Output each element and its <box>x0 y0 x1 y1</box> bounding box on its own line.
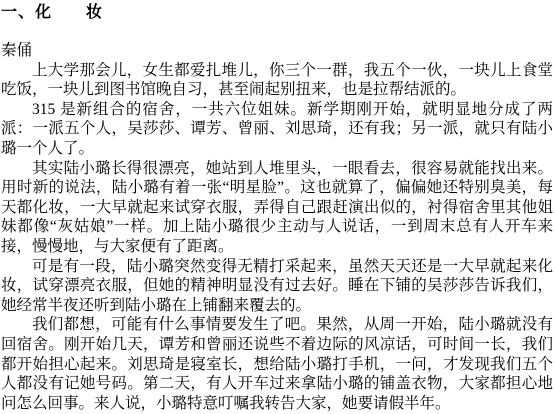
paragraph-3: 其实陆小璐长得很漂亮，她站到人堆里头，一眼看去，很容易就能找出来。用时新的说法，… <box>1 159 553 257</box>
paragraph-5: 我们都想，可能有什么事情要发生了吧。果然，从周一开始，陆小璐就没有回宿舍。刚开始… <box>1 315 553 413</box>
author-name: 秦俑 <box>1 41 553 61</box>
paragraph-4: 可是有一段，陆小璐突然变得无精打采起来，虽然天天还是一大早就起来化妆，试穿漂亮衣… <box>1 257 553 316</box>
paragraph-1: 上大学那会儿，女生都爱扎堆儿，你三个一群，我五个一伙，一块儿上食堂吃饭，一块儿到… <box>1 61 553 100</box>
paragraph-2: 315 是新组合的宿舍，一共六位姐妹。新学期刚开始，就明显地分成了两派：一派五个… <box>1 100 553 159</box>
document-page: 一、化 妆 秦俑 上大学那会儿，女生都爱扎堆儿，你三个一群，我五个一伙，一块儿上… <box>0 0 554 414</box>
document-title: 一、化 妆 <box>1 3 553 23</box>
